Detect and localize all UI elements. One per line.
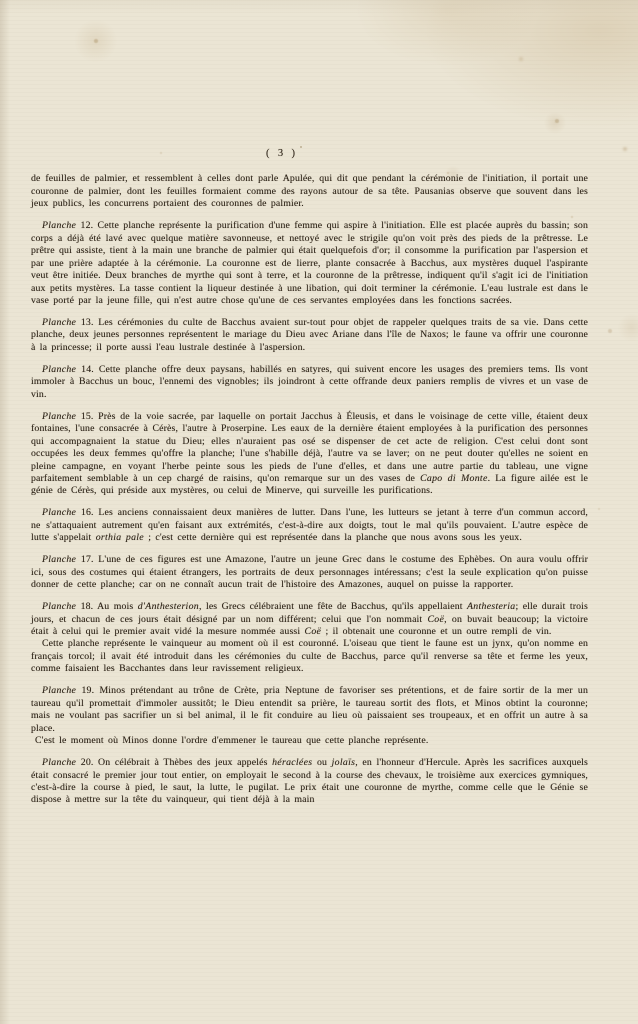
paragraph-planche-16: Planche 16. Les anciens connaissaient de… xyxy=(31,507,588,544)
paragraph-planche-12: Planche 12. Cette planche représente la … xyxy=(31,220,588,307)
paragraphs: de feuilles de palmier, et ressemblent à… xyxy=(31,173,588,806)
paragraph-planche-19: Planche 19. Minos prétendant au trône de… xyxy=(31,685,588,735)
page-number: ( 3 ) xyxy=(3,148,560,160)
paragraph-planche-14: Planche 14. Cette planche offre deux pay… xyxy=(31,364,588,401)
paragraph-planche-15: Planche 15. Près de la voie sacrée, par … xyxy=(31,411,588,498)
paragraph-planche-17: Planche 17. L'une de ces figures est une… xyxy=(31,554,588,591)
paragraph-planche-20: Planche 20. On célébrait à Thèbes des je… xyxy=(31,757,588,807)
text-block: ( 3 ) de feuilles de palmier, et ressemb… xyxy=(31,148,588,807)
book-page-scan: ( 3 ) de feuilles de palmier, et ressemb… xyxy=(0,0,638,1024)
paragraph-planche-19-suite: C'est le moment où Minos donne l'ordre d… xyxy=(31,735,588,747)
paragraph-continuation: de feuilles de palmier, et ressemblent à… xyxy=(31,173,588,210)
paragraph-planche-13: Planche 13. Les cérémonies du culte de B… xyxy=(31,317,588,354)
foxing-specks xyxy=(0,0,2,2)
paragraph-planche-18: Planche 18. Au mois d'Anthesterion, les … xyxy=(31,601,588,638)
paragraph-planche-18-suite: Cette planche représente le vainqueur au… xyxy=(31,638,588,675)
